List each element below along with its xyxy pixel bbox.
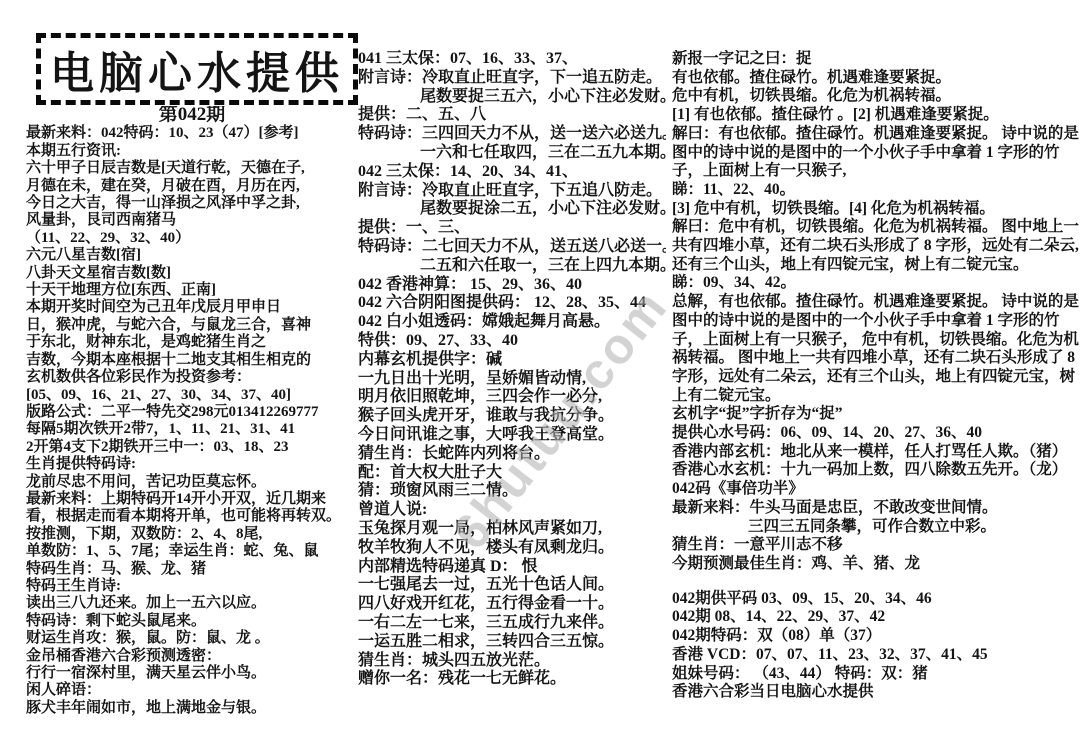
text-line: 图中的诗中说的是图中的一个小伙子手中拿着 1 字形的竹 bbox=[672, 312, 1080, 331]
text-line: 一运五胜二相求，三转四合三五惊。 bbox=[358, 633, 666, 652]
text-line: 提供心水号码：06、09、14、20、27、36、40 bbox=[672, 424, 1080, 443]
text-line: 共有四堆小草，还有二块石头形成了 8 字形，远处有二朵云, bbox=[672, 237, 1080, 256]
text-line: 危中有机，切铁畏缩。化危为机祸转福。 bbox=[672, 87, 1080, 106]
text-line: 提供：二、五、八 bbox=[358, 106, 666, 125]
text-line: 最新来料：牛头马面是忠臣，不敢改变世间情。 bbox=[672, 499, 1080, 518]
text-line: 042 白小姐透码：嫦娥起舞月高悬。 bbox=[358, 313, 666, 332]
text-line: 生肖提供特码诗: bbox=[26, 456, 358, 473]
text-line: 睇：11、22、40。 bbox=[672, 181, 1080, 200]
right-column: 新报一字记之曰：捉有也依郁。揸住碌竹。机遇难逢要紧捉。危中有机，切铁畏缩。化危为… bbox=[672, 50, 1080, 730]
text-line: 睇：09、34、42。 bbox=[672, 274, 1080, 293]
text-line: 一七强尾去一过，五光十色话人间。 bbox=[358, 576, 666, 595]
text-line: 尾数要捉三五六，小心下注必发财。 bbox=[358, 88, 666, 107]
text-line: 财运生肖攻：猴，鼠。防：鼠、龙 。 bbox=[26, 630, 358, 647]
text-line: 猜生肖：城头四五放光茫。 bbox=[358, 652, 666, 671]
text-line: 香港心水玄机：十九一码加上数，四八除数五先开。（龙） bbox=[672, 461, 1080, 480]
text-line: 玉兔探月观一局，柏林风声紧如刀, bbox=[358, 520, 666, 539]
text-line: 吉数，今期本座根据十二地支其相生相克的 bbox=[26, 352, 358, 369]
text-line: 香港内部玄机：地北从来一模样，任人打骂任人欺。（猪） bbox=[672, 443, 1080, 462]
text-line: 特码诗：三四回天力不从，送一送六必送九。 bbox=[358, 125, 666, 144]
text-line: 看，根据走而看本期将开单，也可能将再转双。 bbox=[26, 508, 358, 525]
text-line: 曾道人说: bbox=[358, 501, 666, 520]
text-line: 附言诗：冷取直止旺直字，下五追八防走。 bbox=[358, 182, 666, 201]
text-line: 附言诗：冷取直止旺直字，下一追五防走。 bbox=[358, 69, 666, 88]
text-line: 特码诗：二七回天力不从，送五送八必送一。 bbox=[358, 238, 666, 257]
text-line: 赠你一名：残花一七无鲜花。 bbox=[358, 670, 666, 689]
text-line: 上有二锭元宝。 bbox=[672, 387, 1080, 406]
text-line: 四八好戏开红花，五行得金看一十。 bbox=[358, 595, 666, 614]
text-line: 042 六合阴阳图提供码： 12、28、35、44 bbox=[358, 294, 666, 313]
text-line: 玄机数供各位彩民作为投资参考： bbox=[26, 369, 358, 386]
text-line: 六十甲子日辰吉数是[天道行乾，天德在子, bbox=[26, 160, 358, 177]
text-line: 图中的诗中说的是图中的一个小伙子手中拿着 1 字形的竹 bbox=[672, 144, 1080, 163]
text-line: 041 三太保：07、16、33、37、 bbox=[358, 50, 666, 69]
text-line: 最新来料：上期特码开14开小开双，近几期来 bbox=[26, 491, 358, 508]
text-line: 042码《事倍功半》 bbox=[672, 480, 1080, 499]
text-line: 八卦天文星宿吉数[数] bbox=[26, 265, 358, 282]
text-line: 特供：09、27、33、40 bbox=[358, 332, 666, 351]
text-line: 六元八星吉数[宿] bbox=[26, 247, 358, 264]
text-line: 明月依旧照乾坤，三四会作一必分, bbox=[358, 388, 666, 407]
text-line: 猜生肖：长蛇阵内列将台。 bbox=[358, 445, 666, 464]
text-line: 十天干地理方位[东西、正南] bbox=[26, 282, 358, 299]
text-line: 于东北，财神东北，是鸡蛇猪生肖之 bbox=[26, 334, 358, 351]
text-line: [1] 有也依郁。揸住碌竹 。[2] 机遇难逢要紧捉。 bbox=[672, 106, 1080, 125]
text-line: [05、09、16、21、27、30、34、37、40] bbox=[26, 387, 358, 404]
text-line: 牧羊牧狗人不见，楼头有凤剩龙归。 bbox=[358, 539, 666, 558]
left-column: 第042期最新来料：042特码：10、23（47）[参考]本期五行资讯:六十甲子… bbox=[26, 106, 358, 726]
page-title: 电脑心水提供 bbox=[50, 37, 344, 101]
text-line: 本期开奖时间空为己丑年戊辰月甲申日 bbox=[26, 299, 358, 316]
text-line: 姐妹号码： （43、44） 特码：双：猪 bbox=[672, 665, 1080, 684]
text-line: 一右二左一七来，三五成行九来伴。 bbox=[358, 614, 666, 633]
text-line: 配：首大权大肚子大 bbox=[358, 464, 666, 483]
text-line: 月德在未，建在癸，月破在酉，月历在丙, bbox=[26, 178, 358, 195]
text-line: 按推测，下期，双数防：2、4、8尾, bbox=[26, 526, 358, 543]
text-line: 香港六合彩当日电脑心水提供 bbox=[672, 683, 1080, 702]
text-line: 猜生肖：一意平川志不移 bbox=[672, 536, 1080, 555]
title-box: 电脑心水提供 bbox=[36, 33, 358, 105]
text-line: 风量卦，艮司西南猪马 bbox=[26, 212, 358, 229]
text-line: 解曰：危中有机，切铁畏缩。化危为机祸转福。 图中地上一 bbox=[672, 218, 1080, 237]
text-line: 最新来料：042特码：10、23（47）[参考] bbox=[26, 125, 358, 142]
text-line: 龙前尽忠不用问，苦记功臣莫忘怀。 bbox=[26, 474, 358, 491]
text-line: 日，猴冲虎，与蛇六合，与鼠龙三合，喜神 bbox=[26, 317, 358, 334]
issue-number: 第042期 bbox=[26, 106, 358, 123]
text-line: 二五和六任取一，三在上四九本期。 bbox=[358, 257, 666, 276]
text-line: 今日问讯谁之事，大呼我王登高堂。 bbox=[358, 426, 666, 445]
text-line: 子，上面树上有一只猴子, bbox=[672, 162, 1080, 181]
text-line: 042 三太保：14、20、34、41、 bbox=[358, 163, 666, 182]
text-line: 玄机字“捉”字折存为“捉” bbox=[672, 405, 1080, 424]
text-line: 特码生肖：马、猴、龙、猪 bbox=[26, 561, 358, 578]
text-line: （11、22、29、32、40） bbox=[26, 230, 358, 247]
middle-column: 041 三太保：07、16、33、37、附言诗：冷取直止旺直字，下一追五防走。尾… bbox=[358, 50, 666, 720]
text-line: 闲人碎语： bbox=[26, 682, 358, 699]
text-line: 一六和七任取四，三在二五九本期。 bbox=[358, 144, 666, 163]
text-line: 行行一宿深村里，满天星云伴小鸟。 bbox=[26, 665, 358, 682]
text-line: 一九日出十光明，呈娇媚皆动情, bbox=[358, 370, 666, 389]
text-line: 每隔5期次铁开2带7，1、11、21、31、41 bbox=[26, 421, 358, 438]
lottery-tip-sheet: 电脑心水提供 第042期最新来料：042特码：10、23（47）[参考]本期五行… bbox=[0, 0, 1080, 742]
text-line: 猴子回头虎开牙，谁敢与我抗分争。 bbox=[358, 407, 666, 426]
text-line: 三四三五同条攀，可作合数立中彩。 bbox=[672, 518, 1080, 537]
text-line: 2开第4支下2期铁开三中一：03、18、23 bbox=[26, 439, 358, 456]
text-line: 有也依郁。揸住碌竹。机遇难逢要紧捉。 bbox=[672, 69, 1080, 88]
text-line: 042期 08、14、22、29、37、42 bbox=[672, 608, 1080, 627]
text-line: 内幕玄机提供字：碱 bbox=[358, 351, 666, 370]
text-line: 解曰：有也依郁。揸住碌竹。机遇难逢要紧捉。 诗中说的是 bbox=[672, 125, 1080, 144]
text-line: 金吊桶香港六合彩预测透密： bbox=[26, 648, 358, 665]
text-line: 猜：琐窗风雨三二情。 bbox=[358, 482, 666, 501]
text-line: 字形，远处有二朵云，还有三个山头，地上有四锭元宝，树 bbox=[672, 368, 1080, 387]
text-line: 042期特码：双（08）单（37） bbox=[672, 627, 1080, 646]
text-line: 祸转福。 图中地上一共有四堆小草，还有二块石头形成了 8 bbox=[672, 349, 1080, 368]
text-line: 今期预测最佳生肖：鸡、羊、猪、龙 bbox=[672, 555, 1080, 574]
text-line: 版路公式：二平一特先交298元013412269777 bbox=[26, 404, 358, 421]
text-line: 042期供平码 03、09、15、20、34、46 bbox=[672, 590, 1080, 609]
text-line: 内部精选特码递真 D： 恨 bbox=[358, 558, 666, 577]
text-line: 042 香港神算： 15、29、36、40 bbox=[358, 276, 666, 295]
text-line: 豚犬丰年闹如市，地上满地金与银。 bbox=[26, 700, 358, 717]
text-line: 特码王生肖诗: bbox=[26, 578, 358, 595]
text-line: 香港 VCD：07、07、11、23、32、37、41、45 bbox=[672, 646, 1080, 665]
text-line: [3] 危中有机，切铁畏缩。[4] 化危为机祸转福。 bbox=[672, 200, 1080, 219]
text-line: 单数防：1、5、7尾；幸运生肖：蛇、兔、鼠 bbox=[26, 543, 358, 560]
text-line: 尾数要捉涂二五，小心下注必发财。 bbox=[358, 200, 666, 219]
text-line: 本期五行资讯: bbox=[26, 143, 358, 160]
text-line: 新报一字记之曰：捉 bbox=[672, 50, 1080, 69]
text-line: 还有三个山头，地上有四锭元宝，树上有二锭元宝。 bbox=[672, 256, 1080, 275]
text-line: 特码诗：剩下蛇头鼠尾来。 bbox=[26, 613, 358, 630]
text-line: 总解，有也依郁。揸住碌竹。机遇难逢要紧捉。 诗中说的是 bbox=[672, 293, 1080, 312]
text-line: 今日之大吉，得一山泽损之风泽中孚之卦, bbox=[26, 195, 358, 212]
text-line: 子，上面树上有一只猴子， 危中有机，切铁畏缩。化危为机 bbox=[672, 331, 1080, 350]
text-line: 提供：一、三、 bbox=[358, 219, 666, 238]
text-line: 读出三八九还来。加上一五六以应。 bbox=[26, 595, 358, 612]
